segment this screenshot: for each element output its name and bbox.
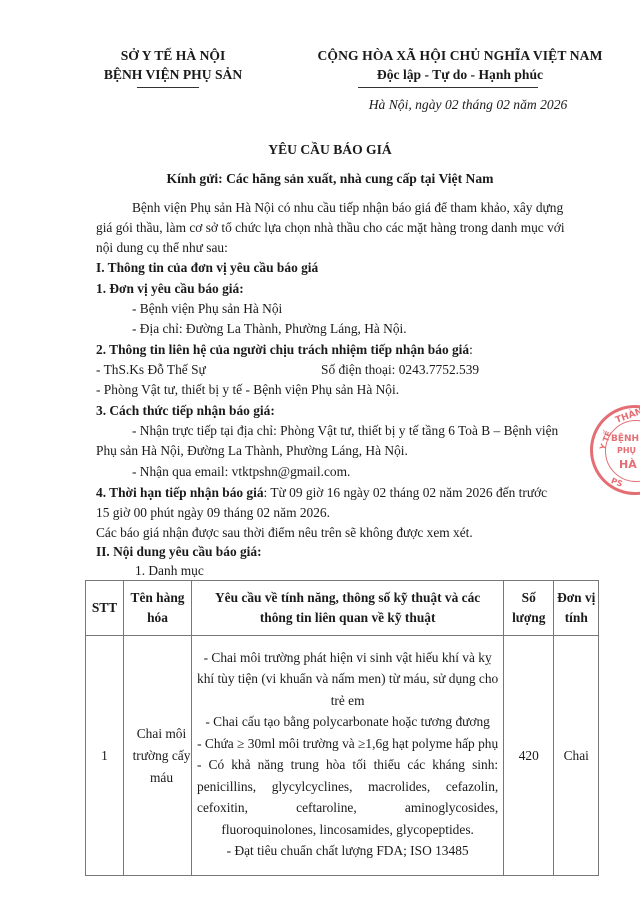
section-1-2-heading: 2. Thông tin liên hệ của người chịu trác…	[96, 342, 473, 358]
header-item-name: Tên hàng hóa	[124, 581, 192, 636]
late-quote-note: Các báo giá nhận được sau thời điểm nêu …	[96, 525, 473, 541]
deadline-line-1: 4. Thời hạn tiếp nhận báo giá: Từ 09 giờ…	[96, 485, 547, 501]
table-row: 1 Chai môi trường cấy máu - Chai môi trư…	[86, 636, 599, 876]
header-unit: Đơn vị tính	[554, 581, 599, 636]
header-stt: STT	[86, 581, 124, 636]
motto-underline	[358, 87, 538, 88]
issuing-organization: SỞ Y TẾ HÀ NỘI BỆNH VIỆN PHỤ SẢN	[88, 46, 258, 84]
header-specification: Yêu cầu về tính năng, thông số kỹ thuật …	[192, 581, 504, 636]
intro-line-3: nội dung cụ thể như sau:	[96, 240, 228, 256]
document-date: Hà Nội, ngày 02 tháng 02 năm 2026	[318, 97, 618, 113]
requesting-address: - Địa chỉ: Đường La Thành, Phường Láng, …	[132, 321, 407, 337]
cell-specification: - Chai môi trường phát hiện vi sinh vật …	[192, 636, 504, 876]
intro-line-2: giá gói thầu, làm cơ sở tổ chức lựa chọn…	[96, 220, 565, 236]
spec-line-6: -Cókhảnăngtrunghòatốithiểucáckhángsinh:	[197, 754, 498, 776]
org-hospital: BỆNH VIỆN PHỤ SẢN	[88, 65, 258, 84]
nation-name: CỘNG HÒA XÃ HỘI CHỦ NGHĨA VIỆT NAM	[280, 46, 640, 65]
official-seal-stamp: THÀNH Y TẾ BỆNH PHỤ HÀ PS	[590, 405, 640, 495]
cell-unit: Chai	[554, 636, 599, 876]
direct-delivery-line-2: Phụ sản Hà Nội, Đường La Thành, Phường L…	[96, 443, 408, 459]
cell-quantity: 420	[504, 636, 554, 876]
section-1-4-heading: 4. Thời hạn tiếp nhận báo giá	[96, 485, 264, 500]
document-title: YÊU CẦU BÁO GIÁ	[80, 142, 580, 158]
spec-line-8: cefoxitin,ceftaroline,aminoglycosides,	[197, 797, 498, 819]
contact-name: - ThS.Ks Đỗ Thế Sự	[96, 362, 206, 378]
items-table: STT Tên hàng hóa Yêu cầu về tính năng, t…	[85, 580, 599, 876]
deadline-line-2: 15 giờ 00 phút ngày 09 tháng 02 năm 2026…	[96, 505, 330, 521]
section-1-1-heading: 1. Đơn vị yêu cầu báo giá:	[96, 281, 244, 297]
table-header-row: STT Tên hàng hóa Yêu cầu về tính năng, t…	[86, 581, 599, 636]
section-1-3-heading: 3. Cách thức tiếp nhận báo giá:	[96, 403, 275, 419]
section-2-heading: II. Nội dung yêu cầu báo giá:	[96, 544, 262, 560]
section-1-heading: I. Thông tin của đơn vị yêu cầu báo giá	[96, 260, 318, 276]
spec-line-7: penicillins,glycylcyclines,macrolides,ce…	[197, 776, 498, 798]
requesting-unit: - Bệnh viện Phụ sản Hà Nội	[132, 301, 282, 317]
national-motto: Độc lập - Tự do - Hạnh phúc	[280, 65, 640, 84]
intro-line-1: Bệnh viện Phụ sản Hà Nội có nhu cầu tiếp…	[132, 200, 563, 216]
org-department: SỞ Y TẾ HÀ NỘI	[88, 46, 258, 65]
national-header: CỘNG HÒA XÃ HỘI CHỦ NGHĨA VIỆT NAM Độc l…	[280, 46, 640, 84]
email-delivery: - Nhận qua email: vtktpshn@gmail.com.	[132, 464, 350, 480]
section-1-2-heading-text: 2. Thông tin liên hệ của người chịu trác…	[96, 342, 469, 357]
deadline-text: : Từ 09 giờ 16 ngày 02 tháng 02 năm 2026…	[264, 485, 548, 500]
recipient-line: Kính gửi: Các hãng sản xuất, nhà cung cấ…	[80, 171, 580, 187]
header-quantity: Số lượng	[504, 581, 554, 636]
contact-department: - Phòng Vật tư, thiết bị y tế - Bệnh việ…	[96, 382, 399, 398]
cell-item-name: Chai môi trường cấy máu	[124, 636, 192, 876]
cell-stt: 1	[86, 636, 124, 876]
contact-phone: Số điện thoại: 0243.7752.539	[321, 362, 479, 378]
org-underline	[137, 87, 199, 88]
list-label: 1. Danh mục	[135, 563, 204, 579]
direct-delivery-line-1: - Nhận trực tiếp tại địa chỉ: Phòng Vật …	[132, 423, 558, 439]
